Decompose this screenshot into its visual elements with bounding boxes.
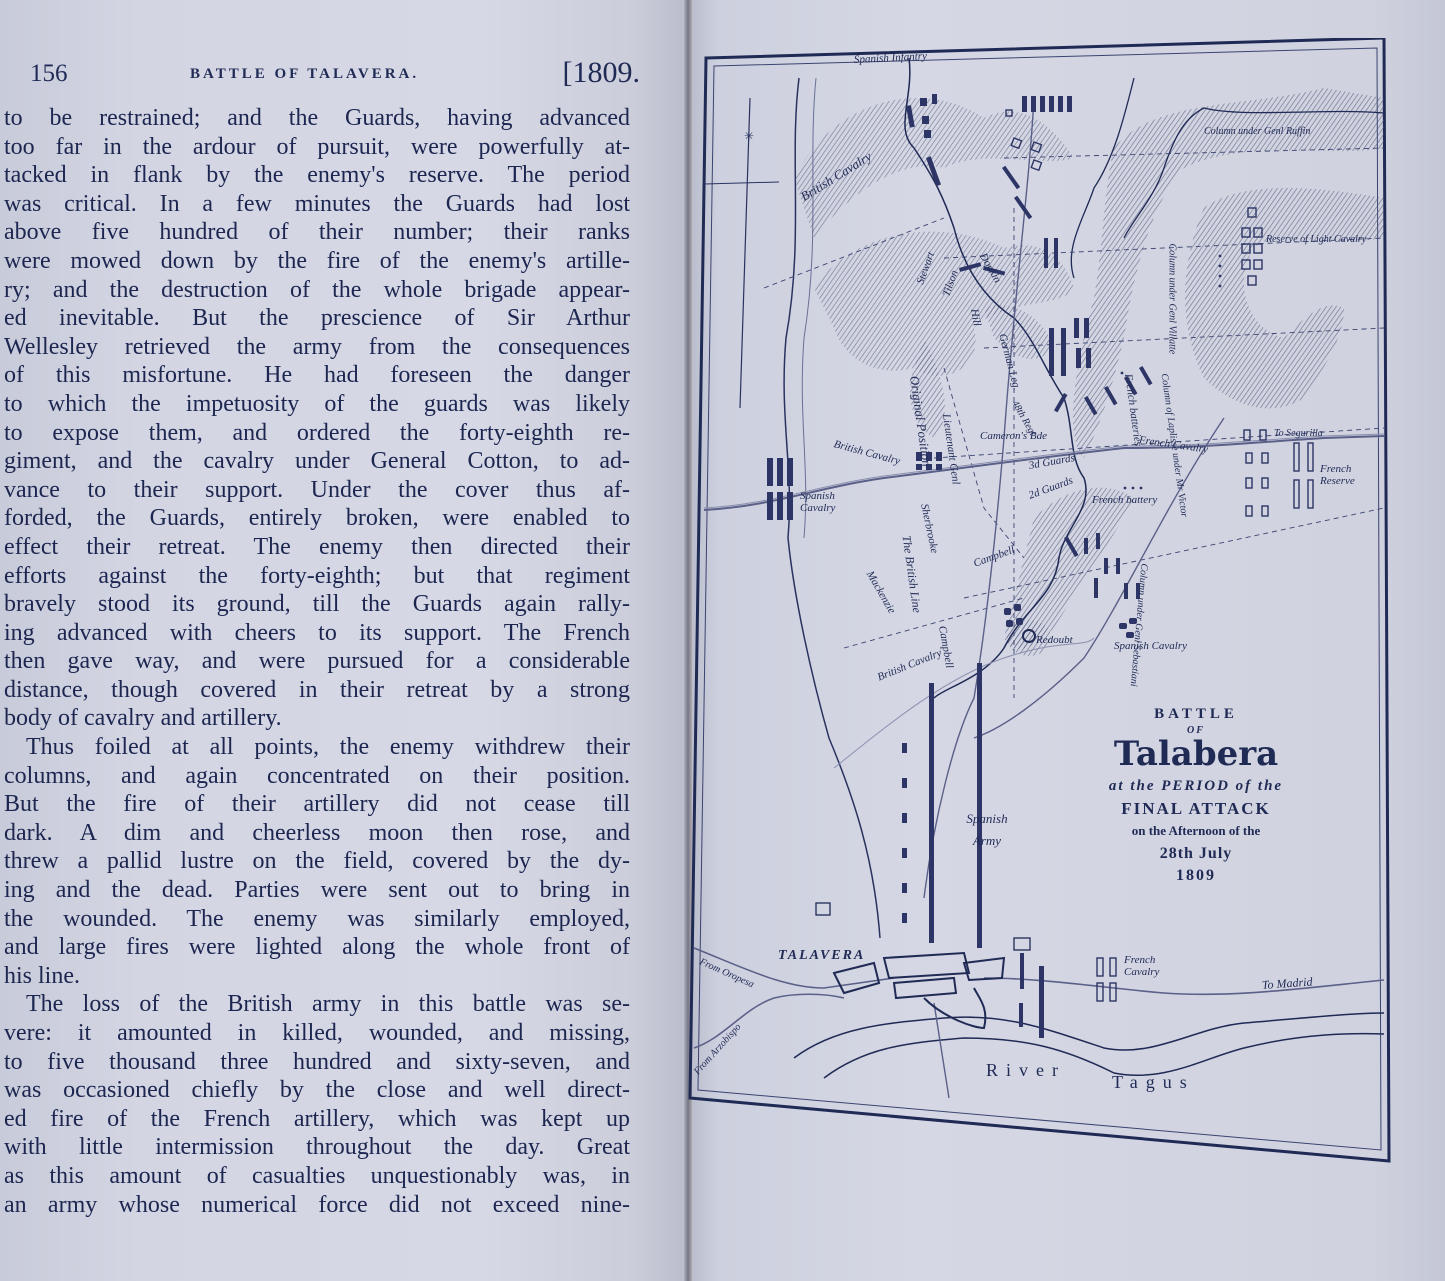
text-line: ed fire of the French artillery, which w… <box>4 1105 630 1134</box>
meridian-line <box>740 98 750 408</box>
text-line: as this amount of casualties unquestiona… <box>4 1162 630 1191</box>
year-marker: [1809. <box>563 56 641 90</box>
text-line: the wounded. The enemy was similarly emp… <box>4 905 630 934</box>
text-line: to five thousand three hundred and sixty… <box>4 1048 630 1077</box>
text-line: with little intermission throughout the … <box>4 1133 630 1162</box>
label-column-villatte: Column under Genl Villatte <box>1167 244 1178 355</box>
text-line: vance to their support. Under the cover … <box>4 476 630 505</box>
text-line: above five hundred of their number; thei… <box>4 218 630 247</box>
label-to-segurilla: To Segurilla <box>1274 428 1323 439</box>
text-line: ed inevitable. But the prescience of Sir… <box>4 304 630 333</box>
label-french-cavalry-low: French Cavalry <box>1124 954 1174 978</box>
text-line: too far in the ardour of pursuit, were p… <box>4 133 630 162</box>
text-line: threw a pallid lustre on the field, cove… <box>4 847 630 876</box>
label-spanish-army: Spanish Army <box>952 808 1022 852</box>
text-line: dark. A dim and cheerless moon then rose… <box>4 819 630 848</box>
text-line: to which the impetuosity of the guards w… <box>4 390 630 419</box>
cartouche-battle: BATTLE <box>1096 706 1296 723</box>
text-line: was critical. In a few minutes the Guard… <box>4 190 630 219</box>
cartouche-year: 1809 <box>1096 867 1296 885</box>
text-line: then gave way, and were pursued for a co… <box>4 647 630 676</box>
text-line: bravely stood its ground, till the Guard… <box>4 590 630 619</box>
page-number: 156 <box>30 60 68 88</box>
text-line: giment, and the cavalry under General Co… <box>4 447 630 476</box>
text-line: forded, the Guards, entirely broken, wer… <box>4 504 630 533</box>
text-line: was occasioned chiefly by the close and … <box>4 1076 630 1105</box>
label-redoubt: Redoubt <box>1036 634 1073 646</box>
running-head: 156 BATTLE OF TALAVERA. [1809. <box>30 60 640 90</box>
cartouche-date: 28th July <box>1096 845 1296 863</box>
label-tagus: Tagus <box>1112 1072 1195 1093</box>
text-line: tacked in flank by the enemy's reserve. … <box>4 161 630 190</box>
text-line: distance, though covered in their retrea… <box>4 676 630 705</box>
chapter-title: BATTLE OF TALAVERA. <box>190 66 419 83</box>
cartouche-final-attack: FINAL ATTACK <box>1096 799 1296 819</box>
book-spread: 156 BATTLE OF TALAVERA. [1809. to be res… <box>0 0 1445 1281</box>
cartouche-afternoon: on the Afternoon of the <box>1096 823 1296 839</box>
text-line: efforts against the forty-eighth; but th… <box>4 562 630 591</box>
label-reserve-light-cavalry: Reserve of Light Cavalry <box>1266 234 1366 245</box>
text-line: ry; and the destruction of the whole bri… <box>4 276 630 305</box>
text-line: But the fire of their artillery did not … <box>4 790 630 819</box>
text-line: to expose them, and ordered the forty-ei… <box>4 419 630 448</box>
text-line: vere: it amounted in killed, wounded, an… <box>4 1019 630 1048</box>
text-line: The loss of the British army in this bat… <box>4 990 630 1019</box>
text-line: columns, and again concentrated on their… <box>4 762 630 791</box>
left-page: 156 BATTLE OF TALAVERA. [1809. to be res… <box>0 0 688 1281</box>
map-title-cartouche: BATTLE OF Talabera at the PERIOD of the … <box>1096 706 1296 885</box>
text-line: to be restrained; and the Guards, having… <box>4 104 630 133</box>
label-spanish-cavalry-left: Spanish Cavalry <box>800 490 860 514</box>
text-line: of this misfortune. He had foreseen the … <box>4 361 630 390</box>
cartouche-talavera: Talabera <box>1096 734 1296 774</box>
label-column-ruffin: Column under Genl Ruffin <box>1204 126 1310 137</box>
cartouche-period: at the PERIOD of the <box>1096 778 1296 795</box>
text-line: ing advanced with cheers to its support.… <box>4 619 630 648</box>
label-french-battery: French battery <box>1092 494 1157 506</box>
label-spanish-cavalry-right: Spanish Cavalry <box>1114 640 1187 652</box>
compass-rose-icon: ✳ <box>744 129 754 143</box>
text-line: body of cavalry and artillery. <box>4 704 630 733</box>
label-river: River <box>986 1060 1066 1081</box>
map-engraving: ✳ <box>684 38 1404 1164</box>
text-line: were mowed down by the fire of the enemy… <box>4 247 630 276</box>
label-french-reserve: French Reserve <box>1320 463 1370 487</box>
text-line: Thus foiled at all points, the enemy wit… <box>4 733 630 762</box>
text-line: and large fires were lighted along the w… <box>4 933 630 962</box>
label-cameron-brigade: Cameron's Bde <box>980 430 1047 442</box>
battle-map: ✳ <box>684 38 1404 1164</box>
body-text: to be restrained; and the Guards, having… <box>4 104 630 1219</box>
text-line: his line. <box>4 962 630 991</box>
text-line: Wellesley retrieved the army from the co… <box>4 333 630 362</box>
text-line: ing and the dead. Parties were sent out … <box>4 876 630 905</box>
label-talavera: TALAVERA <box>778 948 865 964</box>
text-line: effect their retreat. The enemy then dir… <box>4 533 630 562</box>
text-line: an army whose numerical force did not ex… <box>4 1191 630 1220</box>
